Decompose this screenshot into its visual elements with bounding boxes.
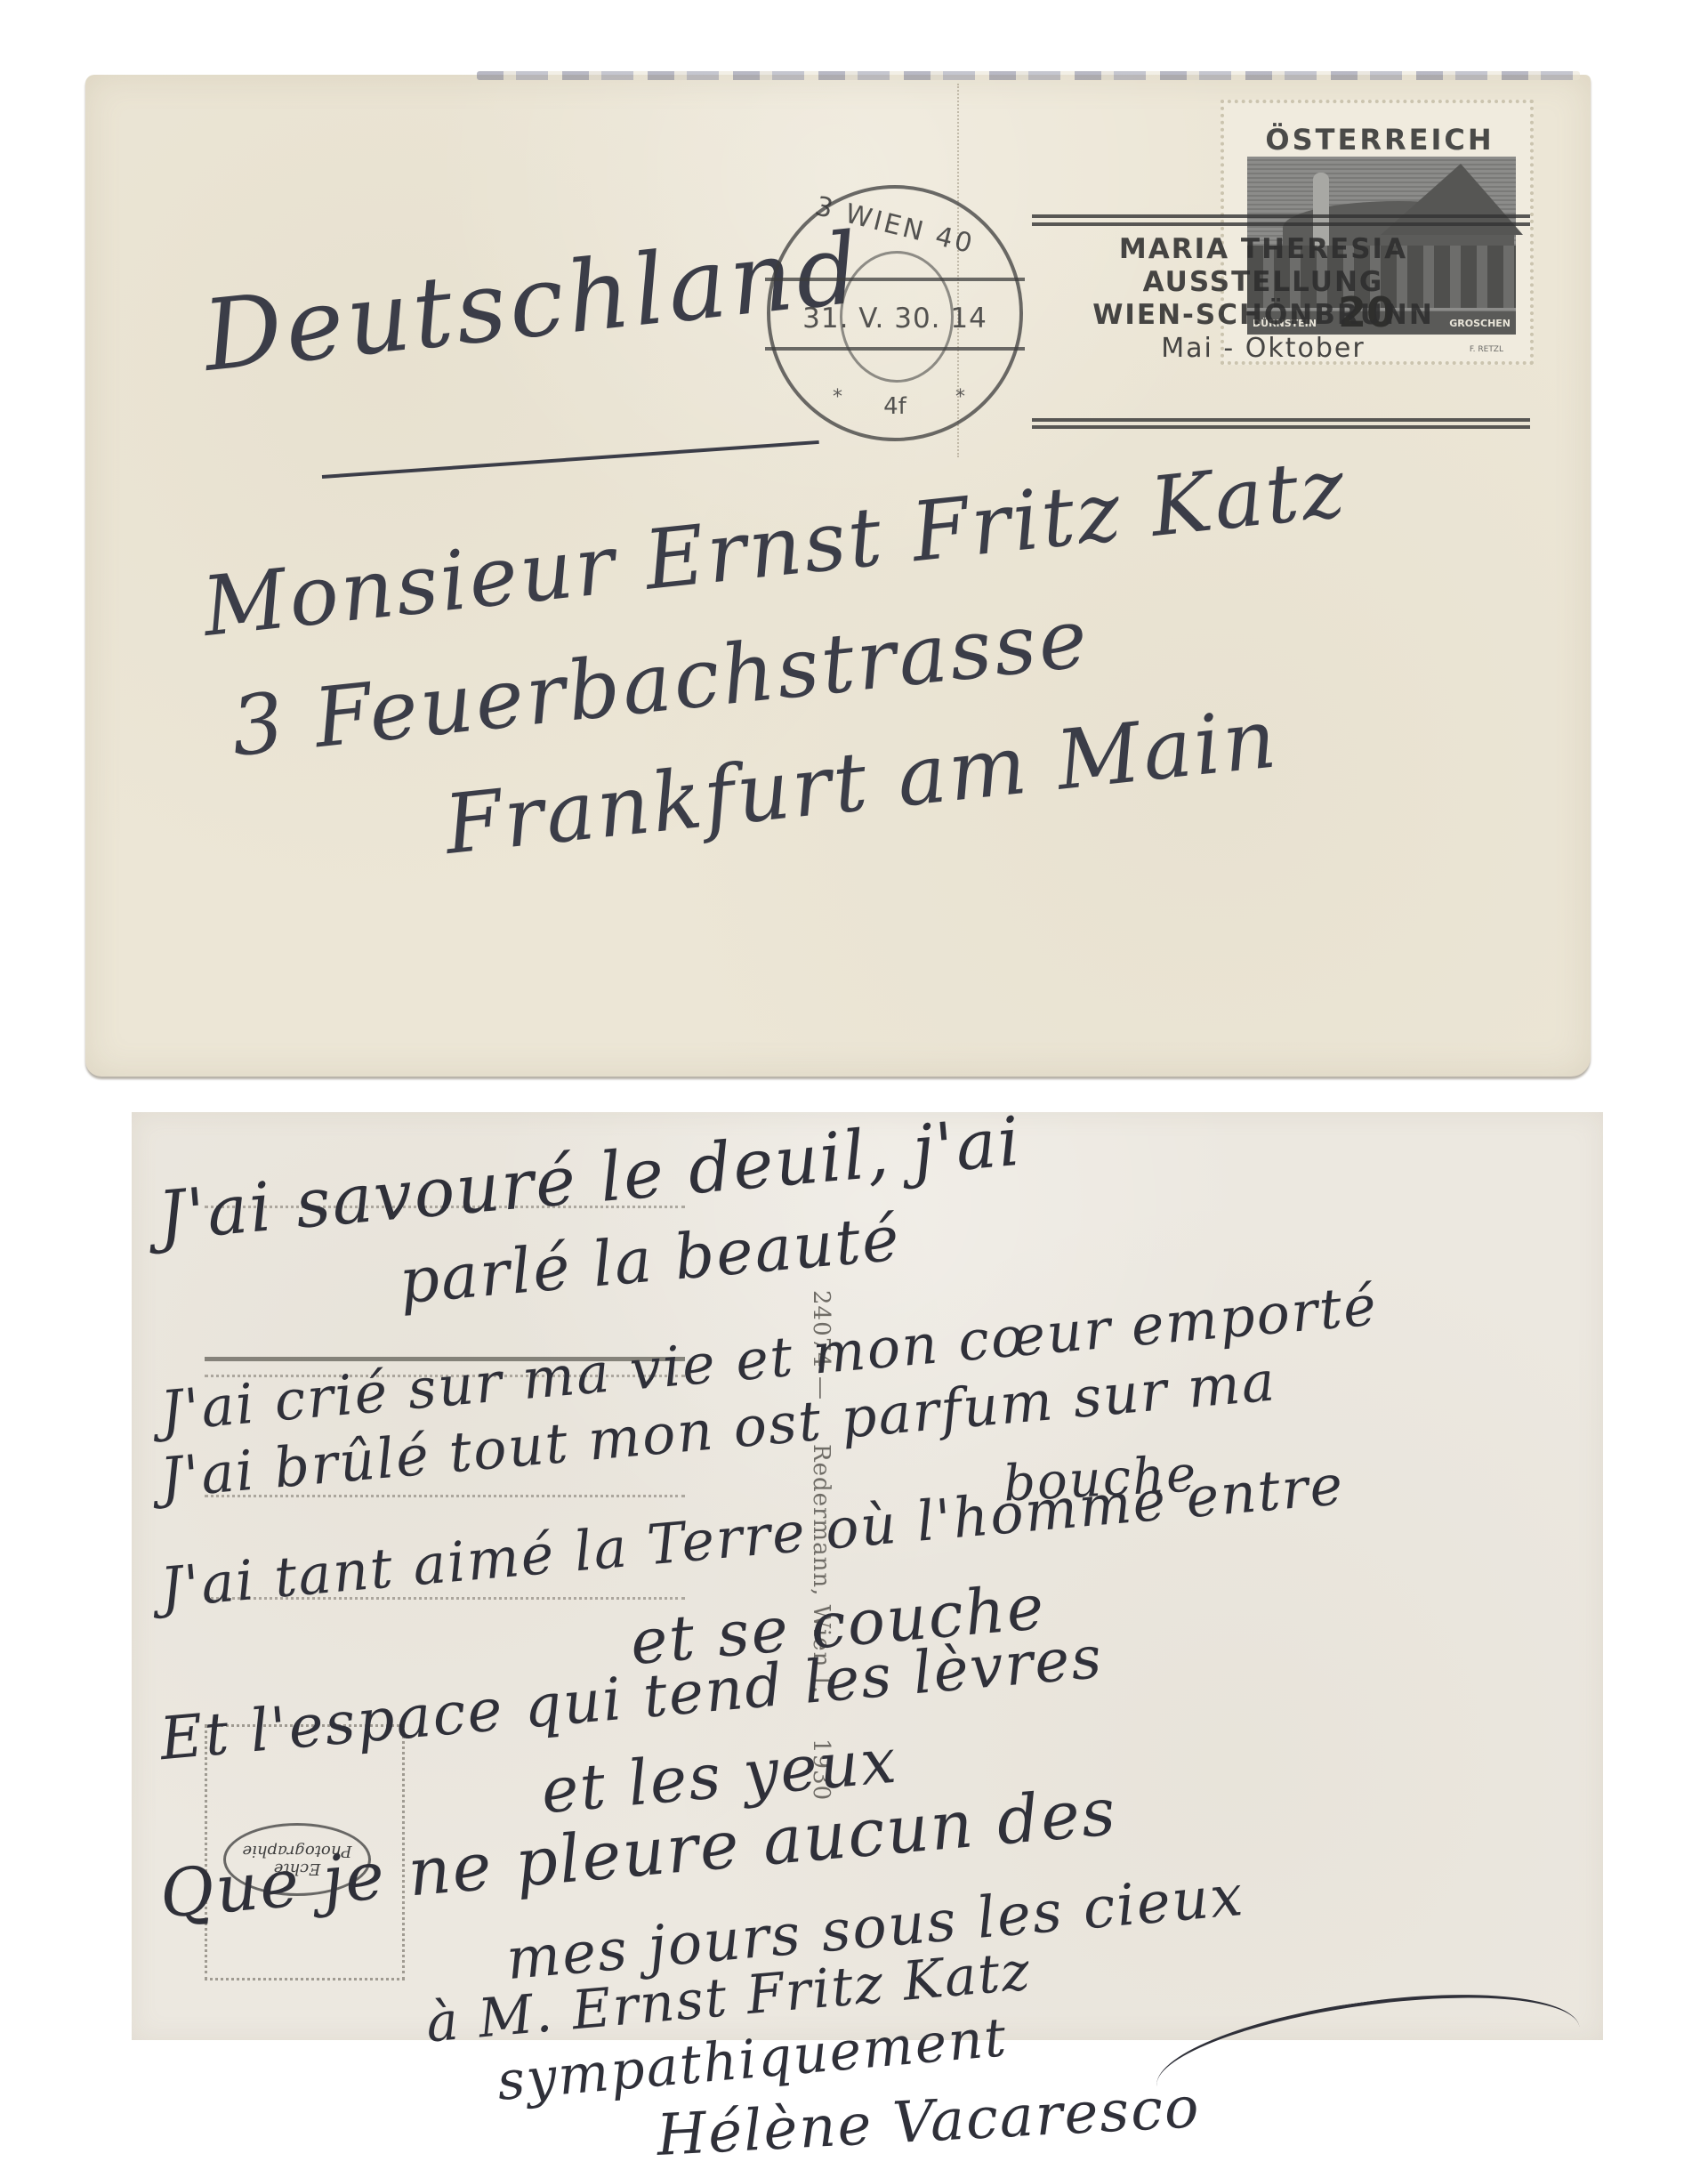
slogan-cancellation: MARIA THERESIA AUSSTELLUNG WIEN-SCHÖNBRU…: [1059, 233, 1468, 365]
postmark-bar-bottom: [765, 347, 1025, 351]
postmark-code: 4f: [770, 393, 1019, 420]
envelope-torn-edge: [477, 71, 1580, 80]
slogan-line-3: WIEN-SCHÖNBRUNN: [1059, 299, 1468, 332]
signature-flourish: [1149, 1972, 1588, 2142]
postcard: Echte Photographie 24074 — Redermann, Wi…: [132, 1112, 1603, 2040]
slogan-line-1: MARIA THERESIA: [1059, 233, 1468, 266]
postmark-date: 31. V. 30. 14: [770, 302, 1019, 335]
slogan-line-4: Mai - Oktober: [1059, 332, 1468, 365]
cancel-bar: [1032, 222, 1530, 226]
slogan-line-2: AUSSTELLUNG: [1059, 266, 1468, 299]
stamp-country: ÖSTERREICH: [1244, 123, 1516, 157]
postmark-bar-top: [765, 278, 1025, 281]
postmark-circle: 3 WIEN 40 31. V. 30. 14 * * 4f: [767, 185, 1023, 441]
country-underline: [322, 440, 819, 479]
stamp-printer: F. RETZL: [1470, 345, 1503, 354]
cancel-bar: [1032, 425, 1530, 429]
cancel-bar: [1032, 214, 1530, 218]
cancel-bar: [1032, 418, 1530, 422]
